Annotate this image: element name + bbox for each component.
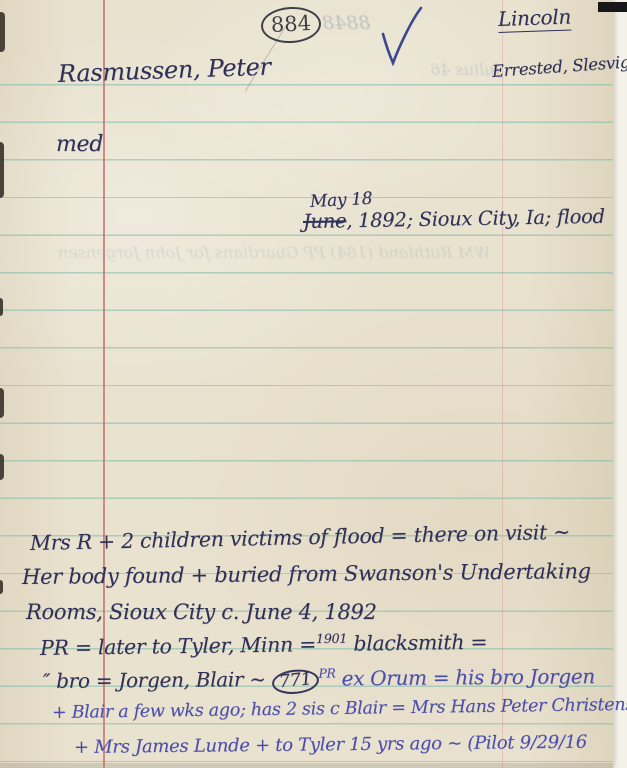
note-line-4a: PR = later to Tyler, Minn =	[40, 632, 316, 660]
torn-edge	[0, 454, 4, 480]
note-line-3: Rooms, Sioux City c. June 4, 1892	[26, 600, 377, 624]
torn-edge	[0, 142, 4, 198]
torn-edge	[0, 580, 3, 594]
faint-margin-line	[502, 0, 503, 768]
torn-edge	[0, 388, 4, 418]
torn-edge	[0, 298, 3, 316]
note-line-4-year: 1901	[316, 630, 347, 645]
county-heading: Lincoln	[498, 4, 572, 31]
note-line-4b: blacksmith =	[347, 630, 487, 656]
note-med: med	[56, 132, 103, 157]
bleedthrough-line: WM Ruthland (184) PP Guardians for John …	[58, 243, 491, 262]
paper-bottom-edge	[0, 763, 613, 768]
check-mark-icon	[376, 5, 424, 67]
note-line-5b: ex Orum = his bro Jorgen	[335, 664, 595, 690]
torn-edge	[0, 12, 5, 52]
scanned-card: 8848 Julius 46 WM Ruthland (184) PP Guar…	[0, 0, 627, 768]
date-remainder: , 1892; Sioux City, Ia; flood	[346, 205, 605, 233]
origin-place: Errested, Slesvig?	[491, 52, 627, 81]
person-name: Rasmussen, Peter	[58, 53, 272, 88]
bleedthrough-number: 8848	[322, 12, 370, 34]
cross-ref-sup: PR	[318, 665, 335, 680]
note-line-5a: ″ bro = Jorgen, Blair ~	[43, 667, 272, 693]
card-number: 884	[260, 5, 322, 44]
scanner-band	[598, 2, 627, 12]
paper-sheet: 8848 Julius 46 WM Ruthland (184) PP Guar…	[0, 0, 613, 768]
cross-ref-number: 771	[271, 668, 320, 697]
bleedthrough-fragment: Julius 46	[430, 60, 501, 79]
origin-text: Errested, Slesvig	[491, 52, 627, 81]
county-label: Lincoln	[498, 4, 572, 33]
date-struck: June	[303, 209, 347, 233]
note-line-5: ″ bro = Jorgen, Blair ~ 771PR ex Orum = …	[43, 664, 595, 696]
